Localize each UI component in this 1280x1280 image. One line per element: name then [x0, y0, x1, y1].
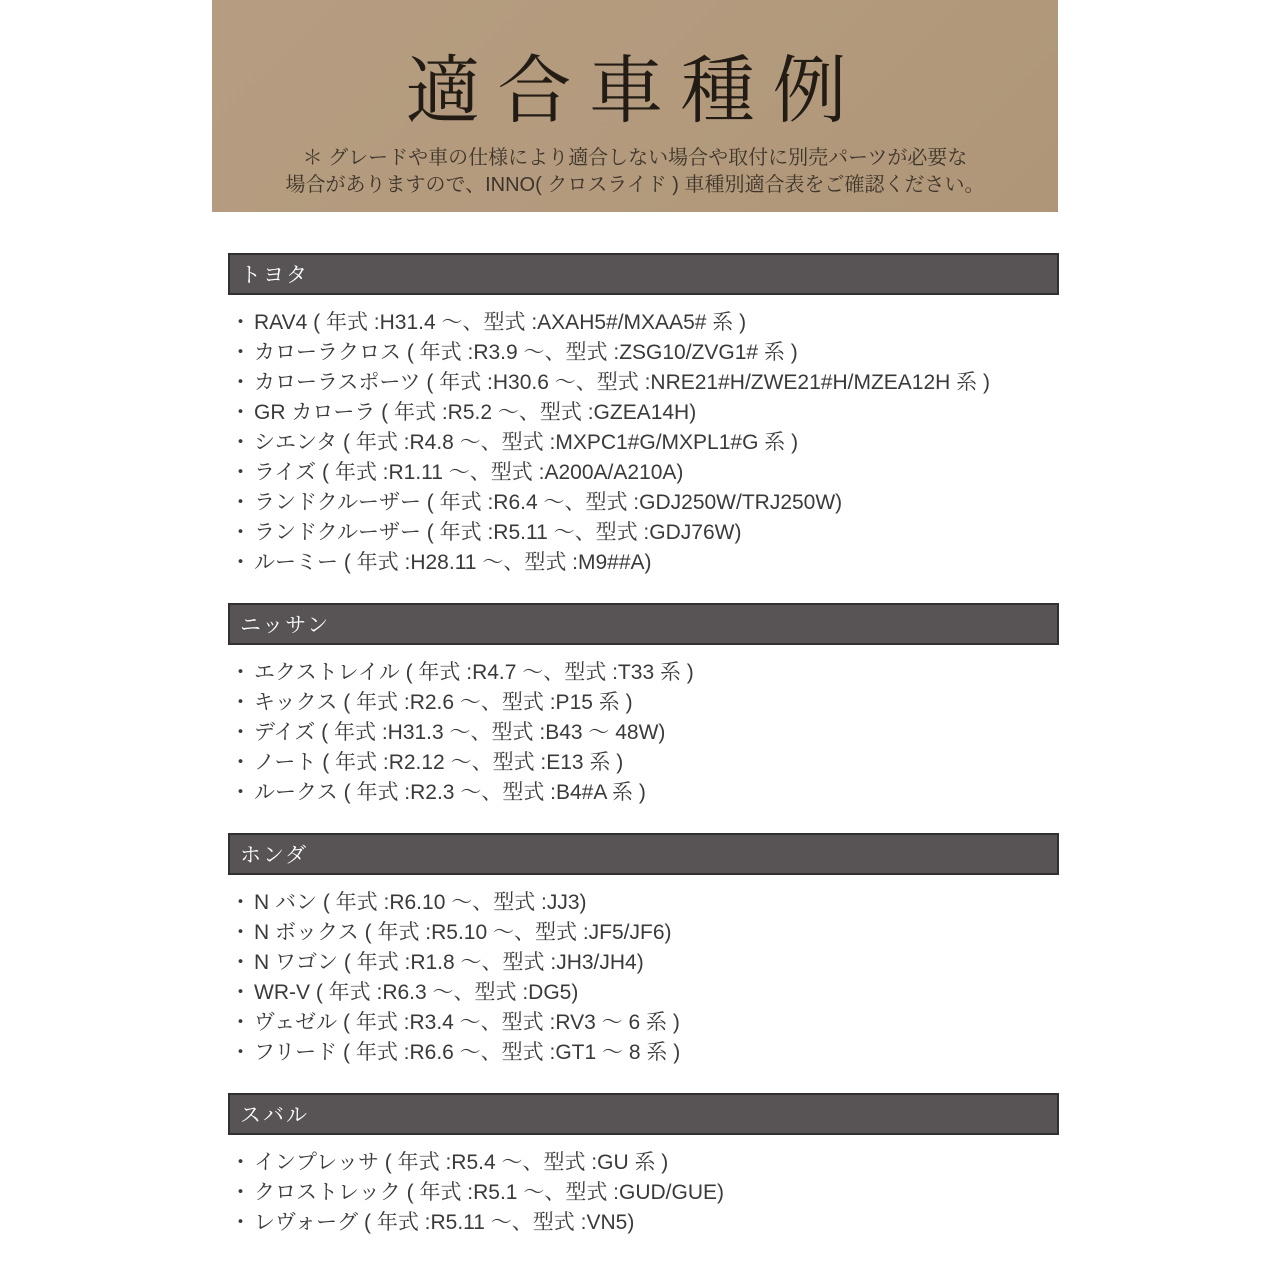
vehicle-item-text: RAV4 ( 年式 :H31.4 ～、型式 :AXAH5#/MXAA5# 系 )	[254, 308, 746, 338]
vehicle-item-text: カローラスポーツ ( 年式 :H30.6 ～、型式 :NRE21#H/ZWE21…	[254, 368, 990, 398]
vehicle-list-item: ・ノート ( 年式 :R2.12 ～、型式 :E13 系 )	[230, 748, 1059, 778]
vehicle-item-text: エクストレイル ( 年式 :R4.7 ～、型式 :T33 系 )	[254, 658, 694, 688]
vehicle-item-text: N ワゴン ( 年式 :R1.8 ～、型式 :JH3/JH4)	[254, 948, 644, 978]
bullet-icon: ・	[230, 1038, 251, 1068]
section-header-bar: スバル	[228, 1093, 1059, 1135]
vehicle-section-3: スバル・インプレッサ ( 年式 :R5.4 ～、型式 :GU 系 )・クロストレ…	[228, 1093, 1059, 1263]
bullet-icon: ・	[230, 778, 251, 808]
bullet-icon: ・	[230, 918, 251, 948]
vehicle-list-item: ・WR-V ( 年式 :R6.3 ～、型式 :DG5)	[230, 978, 1059, 1008]
vehicle-item-text: インプレッサ ( 年式 :R5.4 ～、型式 :GU 系 )	[254, 1148, 668, 1178]
vehicle-section-2: ホンダ・N バン ( 年式 :R6.10 ～、型式 :JJ3)・N ボックス (…	[228, 833, 1059, 1093]
vehicle-list-item: ・RAV4 ( 年式 :H31.4 ～、型式 :AXAH5#/MXAA5# 系 …	[230, 308, 1059, 338]
page-title: 適合車種例	[212, 50, 1058, 132]
vehicle-list-item: ・ライズ ( 年式 :R1.11 ～、型式 :A200A/A210A)	[230, 458, 1059, 488]
bullet-icon: ・	[230, 338, 251, 368]
bullet-icon: ・	[230, 308, 251, 338]
vehicle-item-text: N バン ( 年式 :R6.10 ～、型式 :JJ3)	[254, 888, 587, 918]
vehicle-list-item: ・N バン ( 年式 :R6.10 ～、型式 :JJ3)	[230, 888, 1059, 918]
header-note-line2: 場合がありますので、INNO( クロスライド ) 車種別適合表をご確認ください。	[212, 172, 1058, 199]
vehicle-item-text: ヴェゼル ( 年式 :R3.4 ～、型式 :RV3 ～ 6 系 )	[254, 1008, 680, 1038]
vehicle-list-item: ・クロストレック ( 年式 :R5.1 ～、型式 :GUD/GUE)	[230, 1178, 1059, 1208]
section-label: ニッサン	[240, 609, 330, 639]
vehicle-list-item: ・N ワゴン ( 年式 :R1.8 ～、型式 :JH3/JH4)	[230, 948, 1059, 978]
bullet-icon: ・	[230, 458, 251, 488]
bullet-icon: ・	[230, 488, 251, 518]
bullet-icon: ・	[230, 948, 251, 978]
vehicle-list-item: ・GR カローラ ( 年式 :R5.2 ～、型式 :GZEA14H)	[230, 398, 1059, 428]
bullet-icon: ・	[230, 888, 251, 918]
bullet-icon: ・	[230, 368, 251, 398]
vehicle-list-item: ・キックス ( 年式 :R2.6 ～、型式 :P15 系 )	[230, 688, 1059, 718]
vehicle-list-item: ・ルーミー ( 年式 :H28.11 ～、型式 :M9##A)	[230, 548, 1059, 578]
vehicle-list: ・インプレッサ ( 年式 :R5.4 ～、型式 :GU 系 )・クロストレック …	[228, 1135, 1059, 1263]
vehicle-item-text: ルークス ( 年式 :R2.3 ～、型式 :B4#A 系 )	[254, 778, 646, 808]
vehicle-item-text: カローラクロス ( 年式 :R3.9 ～、型式 :ZSG10/ZVG1# 系 )	[254, 338, 798, 368]
bullet-icon: ・	[230, 718, 251, 748]
vehicle-list: ・RAV4 ( 年式 :H31.4 ～、型式 :AXAH5#/MXAA5# 系 …	[228, 295, 1059, 603]
vehicle-list-item: ・レヴォーグ ( 年式 :R5.11 ～、型式 :VN5)	[230, 1208, 1059, 1238]
vehicle-item-text: シエンタ ( 年式 :R4.8 ～、型式 :MXPC1#G/MXPL1#G 系 …	[254, 428, 798, 458]
bullet-icon: ・	[230, 978, 251, 1008]
header-note-line1: ＊ グレードや車の仕様により適合しない場合や取付に別売パーツが必要な	[212, 145, 1058, 172]
section-label: スバル	[240, 1099, 309, 1129]
vehicle-list-item: ・ランドクルーザー ( 年式 :R6.4 ～、型式 :GDJ250W/TRJ25…	[230, 488, 1059, 518]
bullet-icon: ・	[230, 1208, 251, 1238]
bullet-icon: ・	[230, 518, 251, 548]
bullet-icon: ・	[230, 428, 251, 458]
bullet-icon: ・	[230, 688, 251, 718]
vehicle-item-text: GR カローラ ( 年式 :R5.2 ～、型式 :GZEA14H)	[254, 398, 696, 428]
bullet-icon: ・	[230, 398, 251, 428]
bullet-icon: ・	[230, 1008, 251, 1038]
section-header-bar: ニッサン	[228, 603, 1059, 645]
vehicle-item-text: クロストレック ( 年式 :R5.1 ～、型式 :GUD/GUE)	[254, 1178, 724, 1208]
vehicle-list-item: ・インプレッサ ( 年式 :R5.4 ～、型式 :GU 系 )	[230, 1148, 1059, 1178]
vehicle-item-text: ランドクルーザー ( 年式 :R5.11 ～、型式 :GDJ76W)	[254, 518, 741, 548]
vehicle-list-item: ・N ボックス ( 年式 :R5.10 ～、型式 :JF5/JF6)	[230, 918, 1059, 948]
vehicle-item-text: フリード ( 年式 :R6.6 ～、型式 :GT1 ～ 8 系 )	[254, 1038, 680, 1068]
bullet-icon: ・	[230, 1148, 251, 1178]
vehicle-item-text: ライズ ( 年式 :R1.11 ～、型式 :A200A/A210A)	[254, 458, 683, 488]
vehicle-list: ・N バン ( 年式 :R6.10 ～、型式 :JJ3)・N ボックス ( 年式…	[228, 875, 1059, 1093]
compatibility-sheet: 適合車種例 ＊ グレードや車の仕様により適合しない場合や取付に別売パーツが必要な…	[0, 0, 1280, 1280]
vehicle-section-0: トヨタ・RAV4 ( 年式 :H31.4 ～、型式 :AXAH5#/MXAA5#…	[228, 253, 1059, 603]
vehicle-item-text: ノート ( 年式 :R2.12 ～、型式 :E13 系 )	[254, 748, 623, 778]
vehicle-list-item: ・ランドクルーザー ( 年式 :R5.11 ～、型式 :GDJ76W)	[230, 518, 1059, 548]
bullet-icon: ・	[230, 548, 251, 578]
vehicle-item-text: N ボックス ( 年式 :R5.10 ～、型式 :JF5/JF6)	[254, 918, 672, 948]
vehicle-item-text: レヴォーグ ( 年式 :R5.11 ～、型式 :VN5)	[254, 1208, 634, 1238]
vehicle-section-1: ニッサン・エクストレイル ( 年式 :R4.7 ～、型式 :T33 系 )・キッ…	[228, 603, 1059, 833]
header-note: ＊ グレードや車の仕様により適合しない場合や取付に別売パーツが必要な 場合があり…	[212, 145, 1058, 199]
vehicle-list: ・エクストレイル ( 年式 :R4.7 ～、型式 :T33 系 )・キックス (…	[228, 645, 1059, 833]
vehicle-item-text: デイズ ( 年式 :H31.3 ～、型式 :B43 ～ 48W)	[254, 718, 665, 748]
vehicle-list-item: ・デイズ ( 年式 :H31.3 ～、型式 :B43 ～ 48W)	[230, 718, 1059, 748]
vehicle-list-item: ・シエンタ ( 年式 :R4.8 ～、型式 :MXPC1#G/MXPL1#G 系…	[230, 428, 1059, 458]
bullet-icon: ・	[230, 658, 251, 688]
vehicle-item-text: キックス ( 年式 :R2.6 ～、型式 :P15 系 )	[254, 688, 633, 718]
vehicle-item-text: ルーミー ( 年式 :H28.11 ～、型式 :M9##A)	[254, 548, 652, 578]
section-label: トヨタ	[240, 259, 309, 289]
section-header-bar: ホンダ	[228, 833, 1059, 875]
section-header-bar: トヨタ	[228, 253, 1059, 295]
vehicle-list-item: ・カローラクロス ( 年式 :R3.9 ～、型式 :ZSG10/ZVG1# 系 …	[230, 338, 1059, 368]
vehicle-list-item: ・エクストレイル ( 年式 :R4.7 ～、型式 :T33 系 )	[230, 658, 1059, 688]
vehicle-item-text: ランドクルーザー ( 年式 :R6.4 ～、型式 :GDJ250W/TRJ250…	[254, 488, 842, 518]
section-label: ホンダ	[240, 839, 308, 869]
vehicle-list-item: ・カローラスポーツ ( 年式 :H30.6 ～、型式 :NRE21#H/ZWE2…	[230, 368, 1059, 398]
sections: トヨタ・RAV4 ( 年式 :H31.4 ～、型式 :AXAH5#/MXAA5#…	[228, 253, 1059, 1263]
header-box: 適合車種例 ＊ グレードや車の仕様により適合しない場合や取付に別売パーツが必要な…	[212, 0, 1058, 212]
bullet-icon: ・	[230, 748, 251, 778]
vehicle-list-item: ・ルークス ( 年式 :R2.3 ～、型式 :B4#A 系 )	[230, 778, 1059, 808]
bullet-icon: ・	[230, 1178, 251, 1208]
vehicle-list-item: ・フリード ( 年式 :R6.6 ～、型式 :GT1 ～ 8 系 )	[230, 1038, 1059, 1068]
vehicle-list-item: ・ヴェゼル ( 年式 :R3.4 ～、型式 :RV3 ～ 6 系 )	[230, 1008, 1059, 1038]
vehicle-item-text: WR-V ( 年式 :R6.3 ～、型式 :DG5)	[254, 978, 578, 1008]
